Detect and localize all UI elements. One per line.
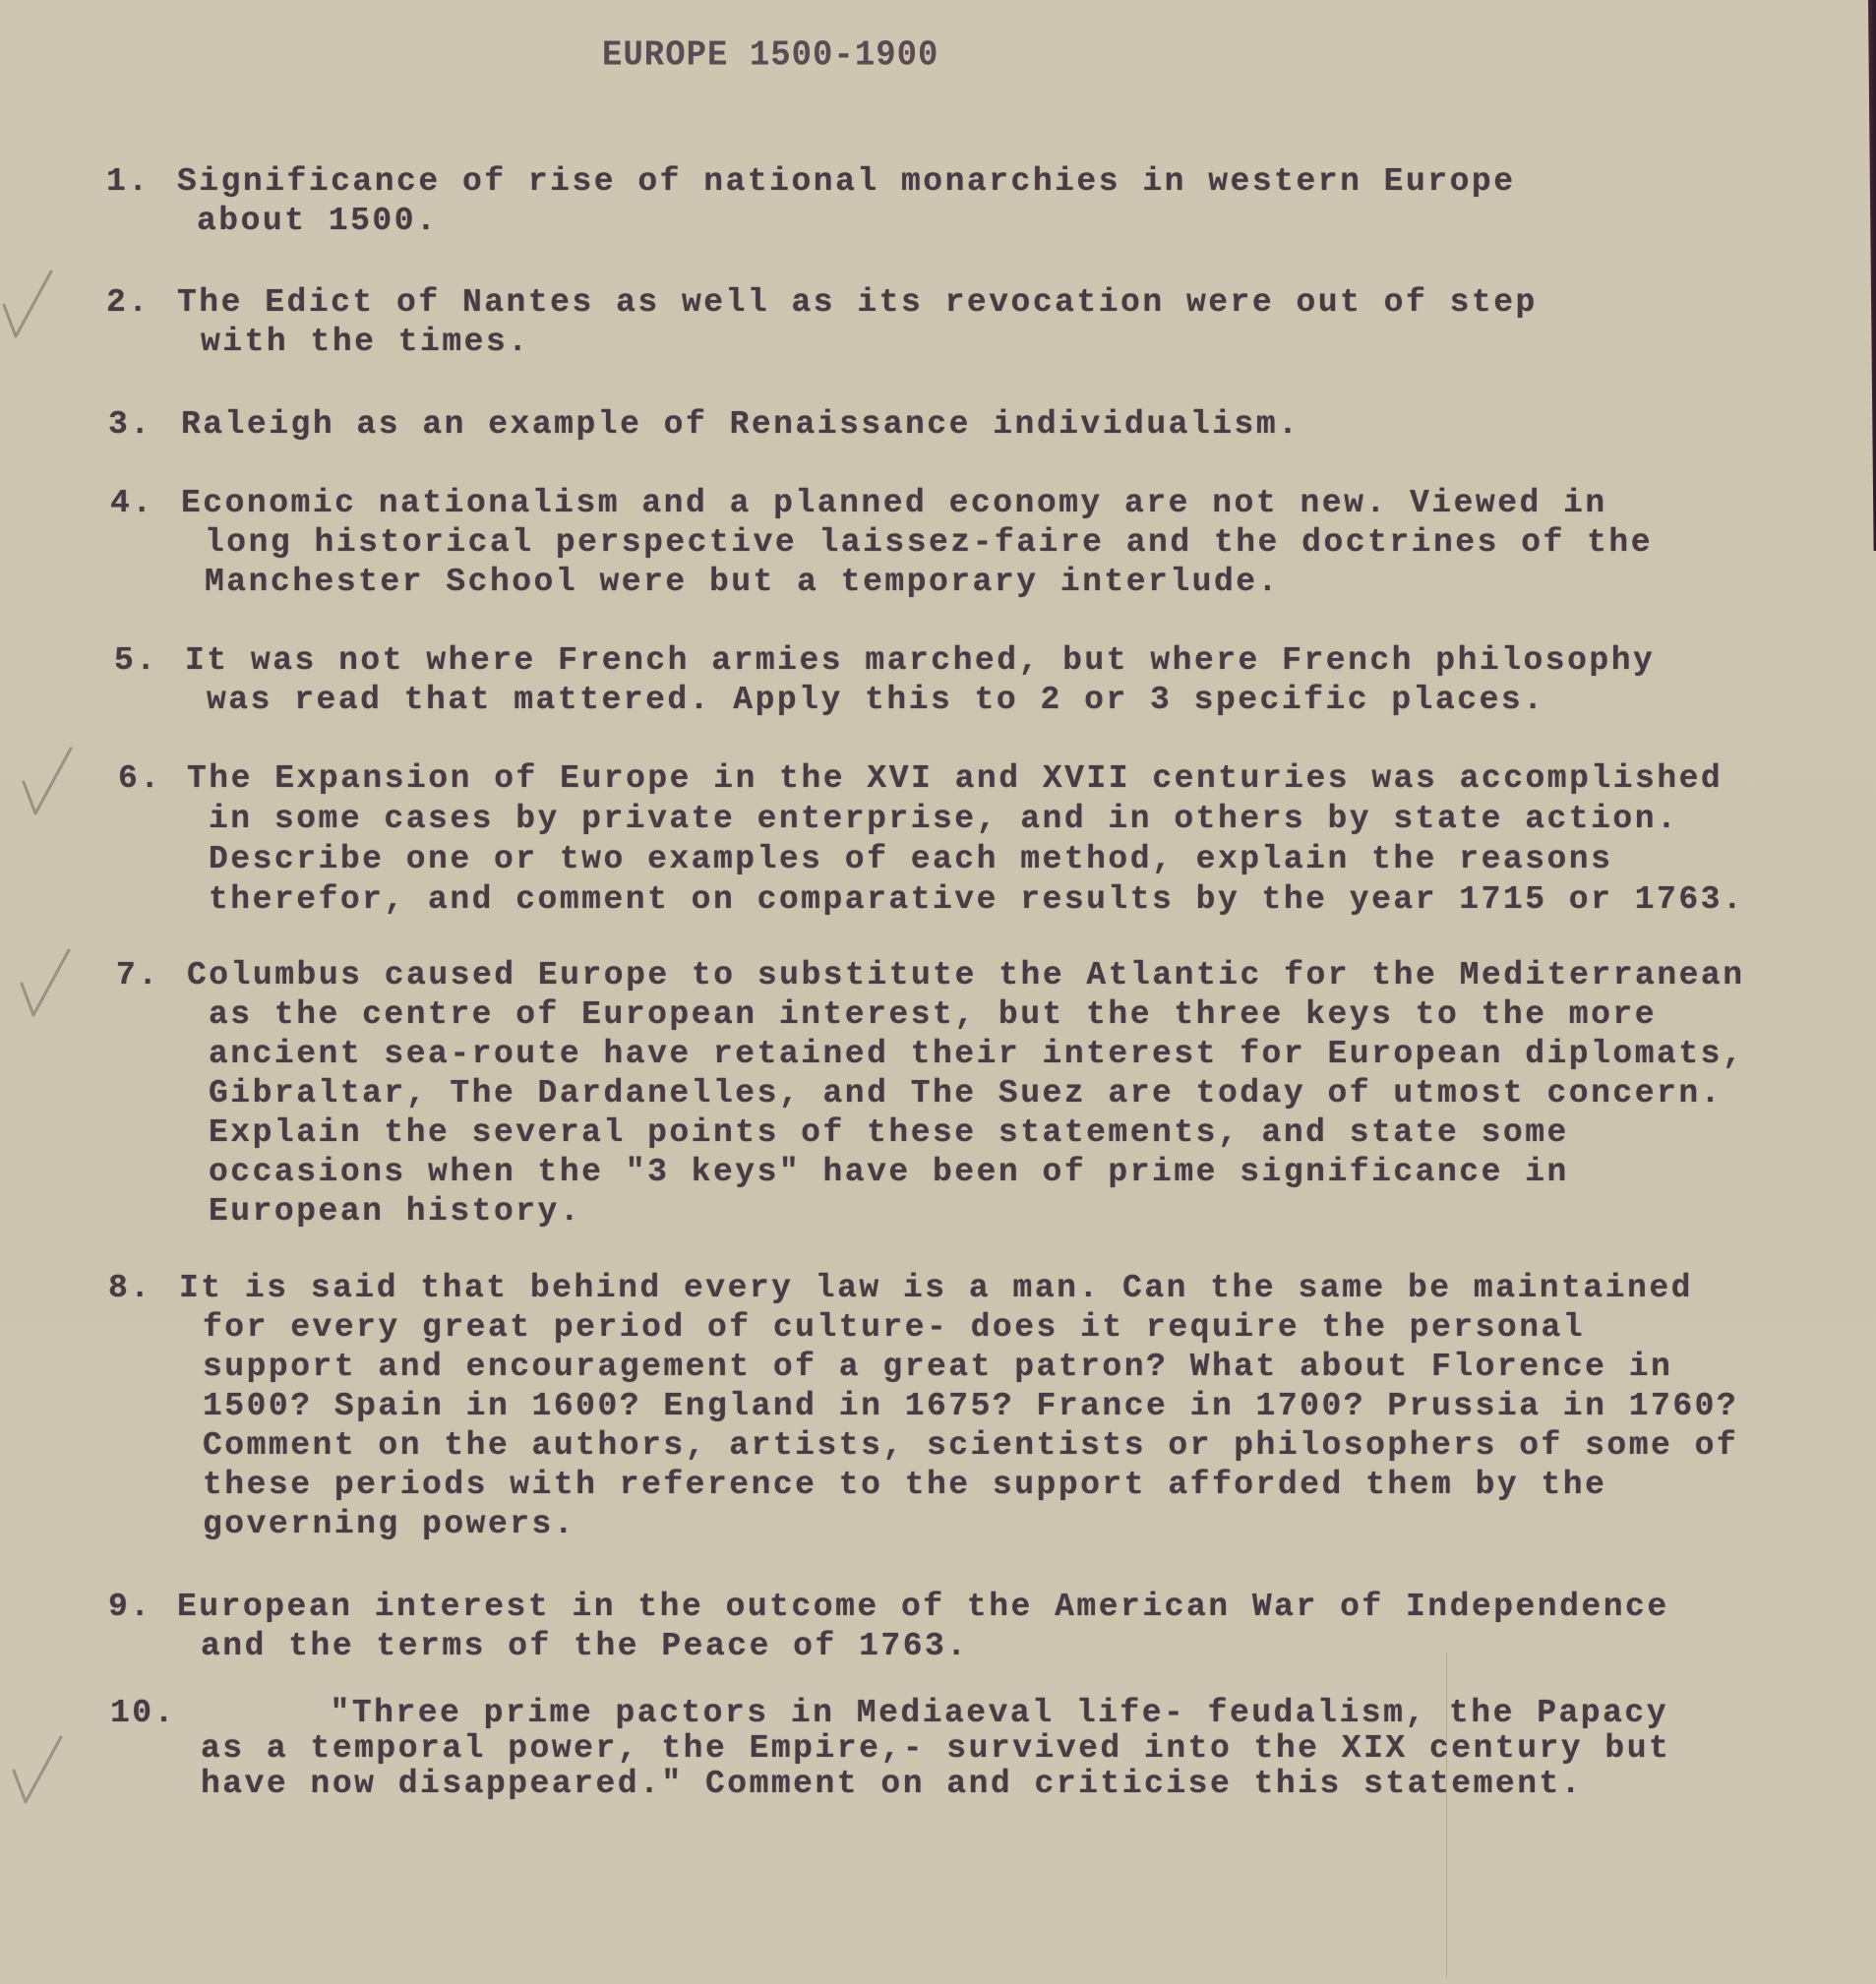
pencil-checkmark-icon (18, 944, 77, 1023)
question-text-line: 1500? Spain in 1600? England in 1675? Fr… (203, 1387, 1738, 1426)
question-text-line: with the times. (201, 323, 530, 362)
question-text-line: European history. (209, 1192, 581, 1232)
page-title: EUROPE 1500-1900 (602, 36, 938, 76)
question-number: 6. (118, 759, 162, 799)
question-text-line: Manchester School were but a temporary i… (205, 563, 1280, 602)
question-text-line: Describe one or two examples of each met… (209, 840, 1612, 879)
question-number: 10. (110, 1694, 176, 1733)
pencil-checkmark-icon (10, 1731, 69, 1810)
question-text-line: about 1500. (197, 202, 438, 241)
question-text-line: therefor, and comment on comparative res… (209, 880, 1744, 920)
question-text-line: occasions when the "3 keys" have been of… (209, 1153, 1569, 1192)
question-text-line: long historical perspective laissez-fair… (205, 523, 1653, 563)
question-text-line: and the terms of the Peace of 1763. (201, 1627, 969, 1666)
question-text-line: as a temporal power, the Empire,- surviv… (201, 1729, 1670, 1769)
question-text-line: Gibraltar, The Dardanelles, and The Suez… (209, 1074, 1723, 1113)
question-text-line: Significance of rise of national monarch… (177, 162, 1516, 202)
question-number: 8. (108, 1269, 152, 1308)
question-text-line: The Expansion of Europe in the XVI and X… (187, 759, 1723, 799)
question-text-line: these periods with reference to the supp… (203, 1466, 1606, 1505)
question-text-line: was read that mattered. Apply this to 2 … (207, 681, 1545, 720)
question-text-line: governing powers. (203, 1505, 575, 1544)
question-text-line: Explain the several points of these stat… (209, 1113, 1569, 1153)
question-text-line: Raleigh as an example of Renaissance ind… (181, 405, 1300, 445)
question-text-line: support and encouragement of a great pat… (203, 1348, 1672, 1387)
question-number: 2. (106, 283, 151, 323)
question-number: 9. (108, 1588, 152, 1627)
question-number: 7. (116, 956, 160, 995)
question-text-line: in some cases by private enterprise, and… (209, 800, 1678, 839)
question-number: 5. (114, 641, 158, 681)
question-text-line: have now disappeared." Comment on and cr… (201, 1765, 1583, 1804)
pencil-checkmark-icon (20, 743, 79, 821)
question-text-line: European interest in the outcome of the … (177, 1588, 1669, 1627)
question-text-line: It is said that behind every law is a ma… (179, 1269, 1693, 1308)
question-text-line: ancient sea-route have retained their in… (209, 1035, 1744, 1074)
pencil-checkmark-icon (0, 266, 59, 344)
question-number: 1. (106, 162, 151, 202)
question-text-line: The Edict of Nantes as well as its revoc… (177, 283, 1538, 323)
typewritten-page: EUROPE 1500-1900 1.Significance of rise … (0, 0, 1876, 1984)
question-text-line: for every great period of culture- does … (203, 1308, 1585, 1348)
page-edge-shadow (1868, 0, 1876, 551)
question-text-line: as the centre of European interest, but … (209, 995, 1657, 1035)
question-number: 3. (108, 405, 152, 445)
question-text-line: Comment on the authors, artists, scienti… (203, 1426, 1738, 1466)
question-text-line: "Three prime pactors in Mediaeval life- … (220, 1694, 1668, 1733)
question-text-line: Columbus caused Europe to substitute the… (187, 956, 1745, 995)
question-text-line: Economic nationalism and a planned econo… (181, 484, 1607, 523)
question-number: 4. (110, 484, 154, 523)
question-text-line: It was not where French armies marched, … (185, 641, 1655, 681)
